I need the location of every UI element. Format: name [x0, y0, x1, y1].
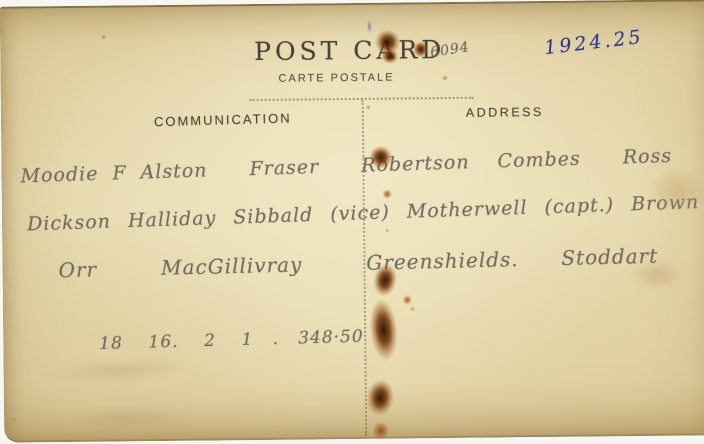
stain-mid [372, 422, 389, 440]
postcard-back: POST CARD CARTE POSTALE 6094 1924.25 COM… [0, 0, 704, 443]
stain-orange [410, 306, 415, 311]
stain-light [648, 167, 704, 214]
mark-blue [367, 20, 372, 33]
stain-dark [371, 262, 399, 298]
stain-dark [365, 378, 396, 417]
artifact-layer [1, 1, 704, 440]
stain-orange [441, 75, 448, 81]
stain-dark [381, 49, 398, 64]
stain-faint [63, 406, 194, 432]
photo-frame: POST CARD CARTE POSTALE 6094 1924.25 COM… [0, 0, 704, 444]
stain-orange [11, 417, 17, 423]
stain-dark [367, 298, 400, 362]
stain-orange [366, 105, 371, 110]
stain-mid [403, 295, 412, 304]
stain-dark [413, 41, 428, 57]
stain-dark [367, 143, 395, 171]
stain-light [631, 260, 683, 291]
speck [101, 35, 106, 40]
stain-orange [385, 229, 389, 233]
stain-faint [44, 354, 195, 387]
stain-mid [383, 190, 392, 199]
stain-dark [372, 26, 404, 58]
